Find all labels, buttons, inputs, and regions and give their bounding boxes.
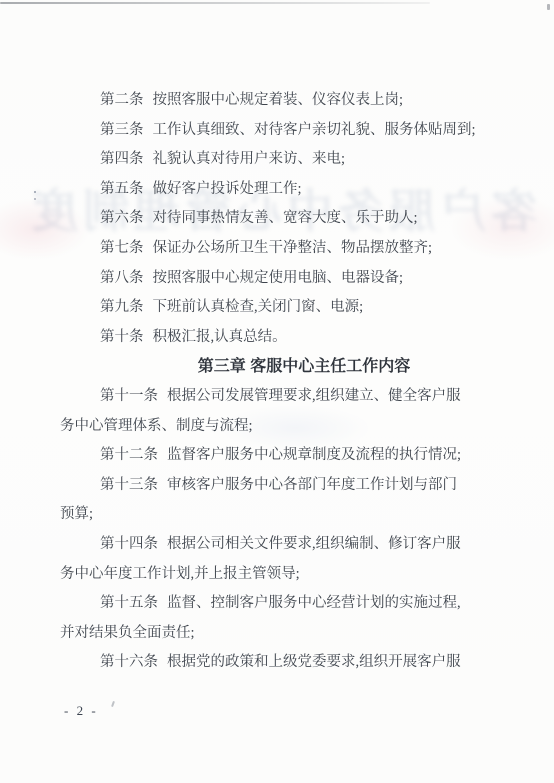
article-number: 第十五条 bbox=[100, 595, 158, 611]
article-text: 按照客服中心规定使用电脑、电器设备; bbox=[153, 270, 404, 286]
document-body: 第二条按照客服中心规定着装、仪容仪表上岗; 第三条工作认真细致、对待客户亲切礼貌… bbox=[60, 86, 492, 678]
article-text: 按照客服中心规定着装、仪容仪表上岗; bbox=[153, 92, 404, 108]
article-number: 第四条 bbox=[100, 151, 144, 167]
article-text: 保证办公场所卫生干净整洁、物品摆放整齐; bbox=[153, 240, 433, 256]
article-text: 下班前认真检查,关闭门窗、电源; bbox=[153, 299, 364, 315]
article-13-line-2: 预算; bbox=[60, 500, 492, 530]
article-3-line: 第三条工作认真细致、对待客户亲切礼貌、服务体贴周到; bbox=[60, 116, 492, 146]
article-16-line-1: 第十六条根据党的政策和上级党委要求,组织开展客户服 bbox=[60, 648, 492, 678]
page-number: - 2 - bbox=[64, 703, 98, 719]
article-text: 工作认真细致、对待客户亲切礼貌、服务体贴周到; bbox=[153, 122, 476, 138]
article-text: 积极汇报,认真总结。 bbox=[153, 329, 287, 345]
scanned-page: 客户服务中心管理制度 第二条按照客服中心规定着装、仪容仪表上岗; 第三条工作认真… bbox=[0, 0, 554, 783]
article-7-line: 第七条保证办公场所卫生干净整洁、物品摆放整齐; bbox=[60, 234, 492, 264]
article-12-line: 第十二条监督客户服务中心规章制度及流程的执行情况; bbox=[60, 441, 492, 471]
article-11-line-2: 务中心管理体系、制度与流程; bbox=[60, 412, 492, 442]
scan-edge-artifact bbox=[0, 2, 430, 4]
article-8-line: 第八条按照客服中心规定使用电脑、电器设备; bbox=[60, 264, 492, 294]
article-6-line: 第六条对待同事热情友善、宽容大度、乐于助人; bbox=[60, 204, 492, 234]
article-text: 根据公司发展管理要求,组织建立、健全客户服 bbox=[167, 388, 461, 404]
article-number: 第十三条 bbox=[100, 477, 158, 493]
article-number: 第三条 bbox=[100, 122, 144, 138]
article-11-line-1: 第十一条根据公司发展管理要求,组织建立、健全客户服 bbox=[60, 382, 492, 412]
article-text: 根据党的政策和上级党委要求,组织开展客户服 bbox=[167, 654, 461, 670]
article-number: 第十一条 bbox=[100, 388, 158, 404]
article-15-line-2: 并对结果负全面责任; bbox=[60, 619, 492, 649]
article-number: 第二条 bbox=[100, 92, 144, 108]
article-14-line-1: 第十四条根据公司相关文件要求,组织编制、修订客户服 bbox=[60, 530, 492, 560]
article-13-line-1: 第十三条审核客户服务中心各部门年度工作计划与部门 bbox=[60, 471, 492, 501]
article-number: 第九条 bbox=[100, 299, 144, 315]
article-10-line: 第十条积极汇报,认真总结。 bbox=[60, 323, 492, 353]
article-text: 礼貌认真对待用户来访、来电; bbox=[153, 151, 346, 167]
article-14-line-2: 务中心年度工作计划,并上报主管领导; bbox=[60, 560, 492, 590]
article-2-line: 第二条按照客服中心规定着装、仪容仪表上岗; bbox=[60, 86, 492, 116]
article-number: 第十六条 bbox=[100, 654, 158, 670]
chapter-3-heading: 第三章 客服中心主任工作内容 bbox=[60, 352, 492, 382]
article-text: 对待同事热情友善、宽容大度、乐于助人; bbox=[153, 210, 418, 226]
article-text: 审核客户服务中心各部门年度工作计划与部门 bbox=[167, 477, 457, 493]
article-number: 第十条 bbox=[100, 329, 144, 345]
article-text: 做好客户投诉处理工作; bbox=[153, 181, 302, 197]
scan-speck-tick bbox=[111, 701, 115, 707]
article-9-line: 第九条下班前认真检查,关闭门窗、电源; bbox=[60, 293, 492, 323]
article-text: 监督客户服务中心规章制度及流程的执行情况; bbox=[167, 447, 461, 463]
article-number: 第十二条 bbox=[100, 447, 158, 463]
scan-speck-top-right bbox=[547, 4, 550, 10]
scan-speck-colon bbox=[34, 191, 36, 193]
article-text: 根据公司相关文件要求,组织编制、修订客户服 bbox=[167, 536, 461, 552]
article-15-line-1: 第十五条监督、控制客户服务中心经营计划的实施过程, bbox=[60, 589, 492, 619]
article-number: 第六条 bbox=[100, 210, 144, 226]
article-5-line: 第五条做好客户投诉处理工作; bbox=[60, 175, 492, 205]
article-number: 第五条 bbox=[100, 181, 144, 197]
article-text: 监督、控制客户服务中心经营计划的实施过程, bbox=[167, 595, 461, 611]
article-4-line: 第四条礼貌认真对待用户来访、来电; bbox=[60, 145, 492, 175]
article-number: 第十四条 bbox=[100, 536, 158, 552]
article-number: 第七条 bbox=[100, 240, 144, 256]
article-number: 第八条 bbox=[100, 270, 144, 286]
